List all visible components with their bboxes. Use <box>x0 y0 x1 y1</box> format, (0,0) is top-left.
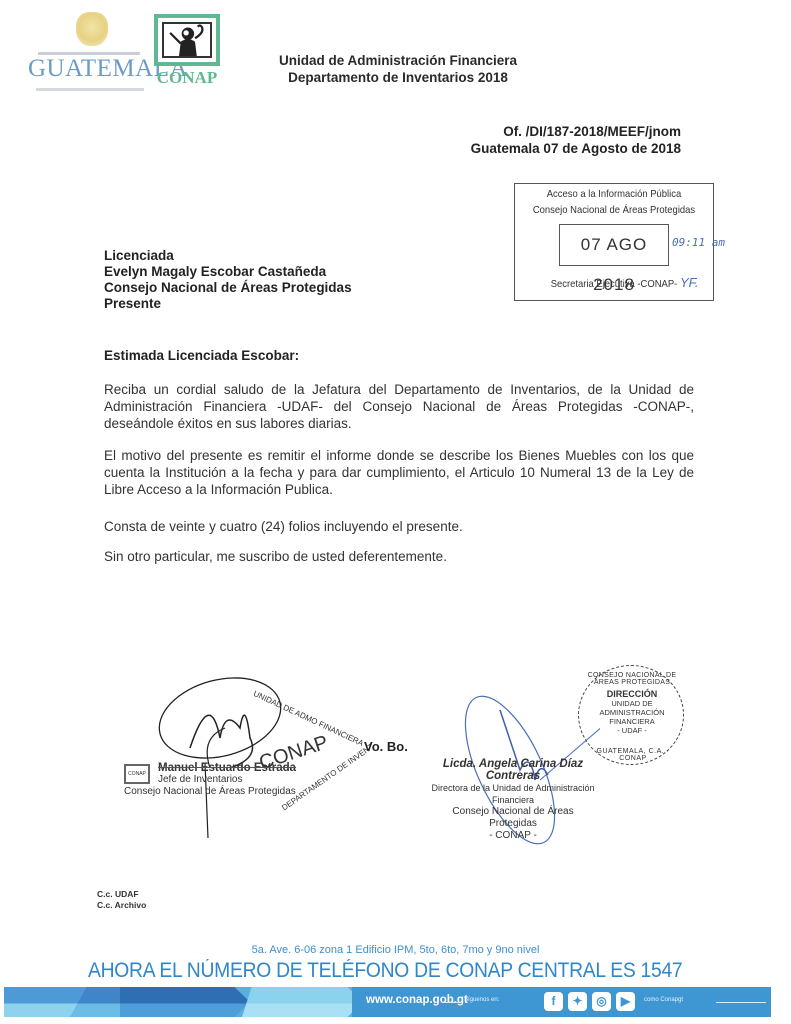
copies-list: C.c. UDAF C.c. Archivo <box>97 889 146 911</box>
footer-band: www.conap.gob.gt Síguenos en: f ✦ ◎ ▶ co… <box>4 987 771 1017</box>
approver-name: Licda. Angela Carina Díaz Contreras <box>428 758 598 782</box>
office-number: Of. /DI/187-2018/MEEF/jnom <box>471 123 681 140</box>
footer-phone-notice: AHORA EL NÚMERO DE TELÉFONO DE CONAP CEN… <box>88 959 682 983</box>
letterhead-title: Unidad de Administración Financiera Depa… <box>268 52 528 86</box>
youtube-icon[interactable]: ▶ <box>616 992 635 1011</box>
follow-label: Síguenos en: <box>464 997 499 1003</box>
recipient-name: Evelyn Magaly Escobar Castañeda <box>104 264 352 280</box>
sender-signature: CONAP UNIDAD DE ADMO FINANCIERA DEPARTAM… <box>150 668 370 838</box>
place-date: Guatemala 07 de Agosto de 2018 <box>471 140 681 157</box>
body-paragraph: Reciba un cordial saludo de la Jefatura … <box>104 381 694 432</box>
website-link[interactable]: www.conap.gob.gt <box>366 994 468 1006</box>
approval-label: Vo. Bo. <box>364 739 408 754</box>
twitter-icon[interactable]: ✦ <box>568 992 587 1011</box>
body-paragraph: El motivo del presente es remitir el inf… <box>104 447 694 498</box>
coat-of-arms-icon <box>76 12 108 46</box>
body-paragraph: Sin otro particular, me suscribo de uste… <box>104 548 694 565</box>
body-paragraph: Consta de veinte y cuatro (24) folios in… <box>104 518 694 535</box>
guatemala-logo: GUATEMALA <box>28 10 148 90</box>
reference-block: Of. /DI/187-2018/MEEF/jnom Guatemala 07 … <box>471 123 681 157</box>
udaf-seal: CONSEJO NACIONAL DE ÁREAS PROTEGIDAS DIR… <box>578 665 684 765</box>
handwritten-time: 09:11 am <box>672 236 725 249</box>
approver-block: Licda. Angela Carina Díaz Contreras Dire… <box>428 758 598 842</box>
sender-block: CONAP Manuel Estuardo Estrada Jefe de In… <box>124 762 296 798</box>
recipient-block: Licenciada Evelyn Magaly Escobar Castañe… <box>104 248 352 312</box>
conap-mini-logo: CONAP <box>124 764 150 784</box>
unit-name: Unidad de Administración Financiera <box>268 52 528 69</box>
handwritten-initials: YF. <box>680 275 699 290</box>
footer-address: 5a. Ave. 6-06 zona 1 Edificio IPM, 5to, … <box>0 944 791 956</box>
monkey-icon <box>162 22 212 58</box>
conap-logo: CONAP <box>152 14 222 88</box>
sender-name: Manuel Estuardo Estrada <box>158 762 296 774</box>
instagram-icon[interactable]: ◎ <box>592 992 611 1011</box>
guatemala-wordmark: GUATEMALA <box>28 55 156 83</box>
salutation: Estimada Licenciada Escobar: <box>104 348 299 363</box>
facebook-icon[interactable]: f <box>544 992 563 1011</box>
department-name: Departamento de Inventarios 2018 <box>268 69 528 86</box>
stamp-date: 07 AGO 2018 <box>559 224 669 266</box>
social-handle: como Conapgt <box>644 997 683 1003</box>
conap-wordmark: CONAP <box>152 68 222 88</box>
